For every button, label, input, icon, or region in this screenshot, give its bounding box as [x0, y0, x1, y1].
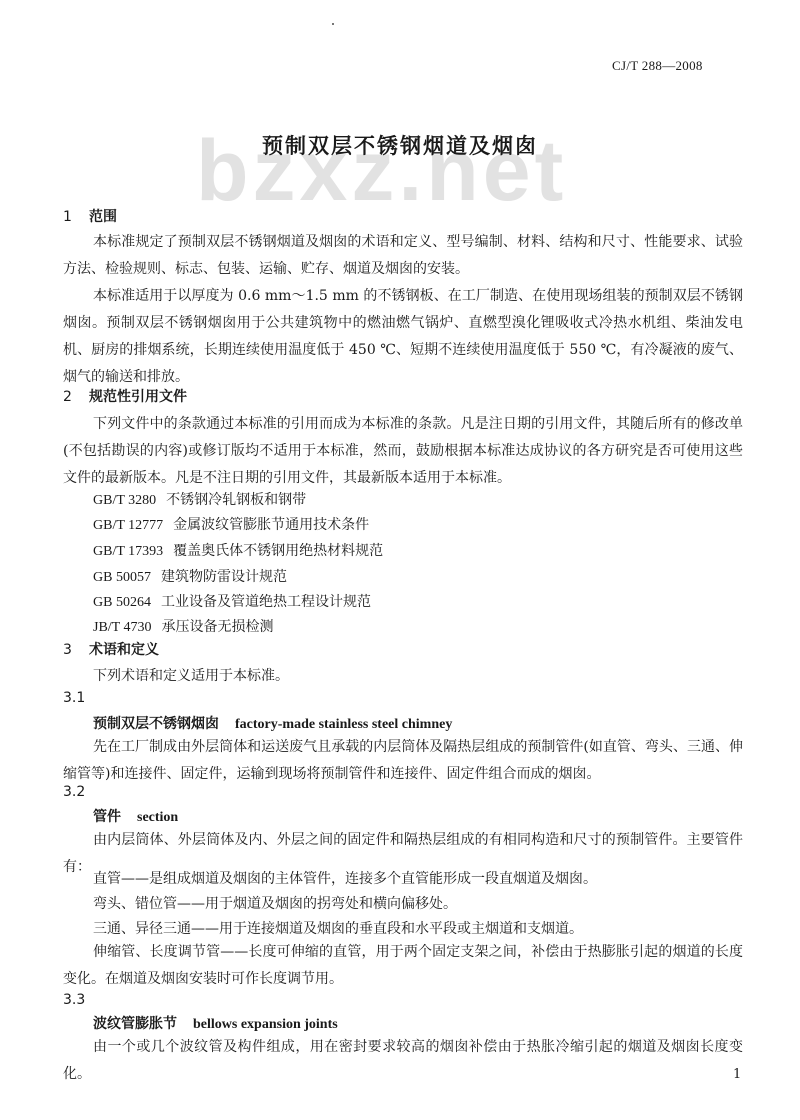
section-2-heading: 2规范性引用文件 — [63, 386, 187, 406]
term-zh: 管件 — [93, 809, 121, 825]
reference-item: GB 50057建筑物防雷设计规范 — [93, 566, 287, 586]
clause-3-3-definition: 由一个或几个波纹管及构件组成，用在密封要求较高的烟囱补偿由于热胀冷缩引起的烟道及… — [63, 1034, 743, 1088]
clause-3-2-term: 管件section — [93, 806, 178, 826]
reference-item: GB 50264工业设备及管道绝热工程设计规范 — [93, 591, 371, 611]
section-1-paragraph-2: 本标准适用于以厚度为 0.6 mm～1.5 mm 的不锈钢板、在工厂制造、在使用… — [63, 283, 743, 391]
clause-3-2-item: 弯头、错位管——用于烟道及烟囱的拐弯处和横向偏移处。 — [93, 893, 457, 913]
term-en: section — [137, 810, 178, 825]
section-title: 规范性引用文件 — [89, 389, 187, 405]
scan-speck — [332, 23, 334, 25]
clause-3-1-number: 3.1 — [63, 690, 85, 706]
reference-item: GB/T 17393覆盖奥氏体不锈钢用绝热材料规范 — [93, 540, 383, 560]
standard-code: CJ/T 288—2008 — [612, 58, 703, 74]
reference-code: GB/T 12777 — [93, 518, 163, 534]
section-3-heading: 3术语和定义 — [63, 639, 159, 659]
clause-3-1-definition: 先在工厂制成由外层筒体和运送废气且承载的内层筒体及隔热层组成的预制管件(如直管、… — [63, 734, 743, 788]
term-zh: 预制双层不锈钢烟囱 — [93, 716, 219, 732]
section-3-intro: 下列术语和定义适用于本标准。 — [93, 665, 289, 685]
reference-item: GB/T 12777金属波纹管膨胀节通用技术条件 — [93, 514, 369, 534]
clause-3-3-number: 3.3 — [63, 992, 85, 1008]
section-title: 范围 — [89, 209, 117, 225]
clause-3-1-term: 预制双层不锈钢烟囱factory-made stainless steel ch… — [93, 713, 452, 733]
clause-3-2-item: 直管——是组成烟道及烟囱的主体管件，连接多个直管能形成一段直烟道及烟囱。 — [93, 868, 597, 888]
reference-title: 不锈钢冷轧钢板和钢带 — [166, 492, 306, 508]
section-1-paragraph-1: 本标准规定了预制双层不锈钢烟道及烟囱的术语和定义、型号编制、材料、结构和尺寸、性… — [63, 229, 743, 283]
term-zh: 波纹管膨胀节 — [93, 1016, 177, 1032]
section-number: 2 — [63, 389, 89, 405]
clause-3-3-term: 波纹管膨胀节bellows expansion joints — [93, 1013, 338, 1033]
reference-title: 建筑物防雷设计规范 — [161, 569, 287, 585]
reference-title: 覆盖奥氏体不锈钢用绝热材料规范 — [173, 543, 383, 559]
reference-code: GB 50264 — [93, 595, 151, 611]
reference-item: JB/T 4730承压设备无损检测 — [93, 616, 273, 636]
reference-title: 工业设备及管道绝热工程设计规范 — [161, 594, 371, 610]
clause-3-2-item: 伸缩管、长度调节管——长度可伸缩的直管，用于两个固定支架之间，补偿由于热膨胀引起… — [63, 939, 743, 993]
reference-title: 承压设备无损检测 — [161, 619, 273, 635]
reference-title: 金属波纹管膨胀节通用技术条件 — [173, 517, 369, 533]
term-en: bellows expansion joints — [193, 1017, 338, 1032]
term-en: factory-made stainless steel chimney — [235, 717, 452, 732]
section-title: 术语和定义 — [89, 642, 159, 658]
page-number: 1 — [733, 1067, 741, 1082]
reference-code: GB 50057 — [93, 570, 151, 586]
section-number: 1 — [63, 209, 89, 225]
section-2-paragraph-1: 下列文件中的条款通过本标准的引用而成为本标准的条款。凡是注日期的引用文件，其随后… — [63, 411, 743, 492]
reference-code: GB/T 3280 — [93, 493, 156, 509]
reference-code: GB/T 17393 — [93, 544, 163, 560]
clause-3-2-item: 三通、异径三通——用于连接烟道及烟囱的垂直段和水平段或主烟道和支烟道。 — [93, 918, 583, 938]
section-number: 3 — [63, 642, 89, 658]
reference-code: JB/T 4730 — [93, 620, 151, 636]
clause-3-2-number: 3.2 — [63, 784, 85, 800]
section-1-heading: 1范围 — [63, 206, 117, 226]
document-title: 预制双层不锈钢烟道及烟囱 — [0, 130, 800, 160]
reference-item: GB/T 3280不锈钢冷轧钢板和钢带 — [93, 489, 306, 509]
